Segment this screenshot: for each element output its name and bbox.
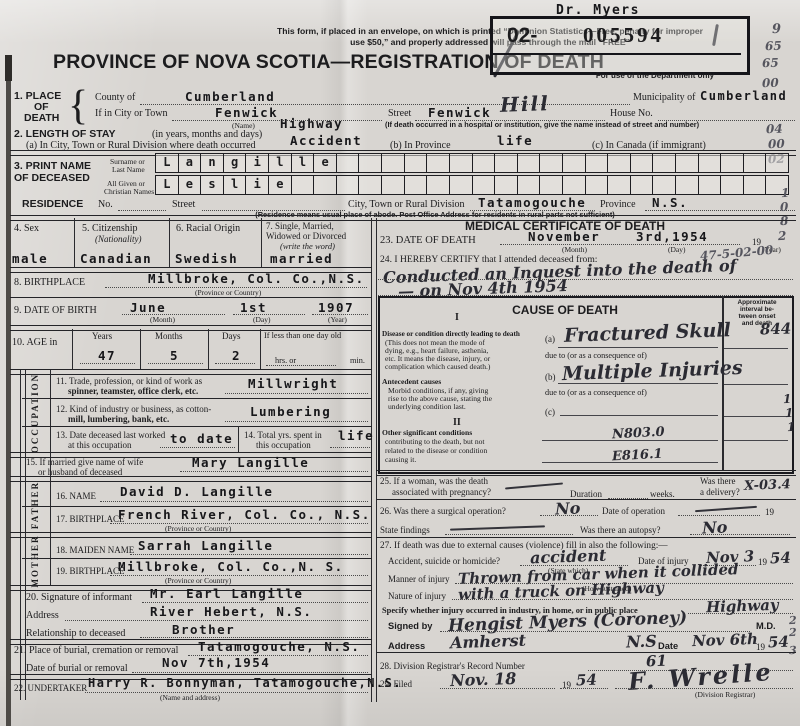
comb-cell [630,176,653,194]
age-line1 [80,362,135,364]
comb-cell: s [200,176,223,194]
surname-label2: Last Name [112,165,145,174]
cause-a-label: (a) [545,334,555,344]
comb-cell: e [178,176,201,194]
total-years-value: life [338,428,374,443]
given-name-label2: Christian Names [104,187,154,196]
citizenship-value: Canadian [80,251,152,266]
age-days-value: 2 [232,348,241,363]
father-birthplace-value: French River, Col. Co., N.S. [118,507,371,522]
cell-divider [74,218,75,268]
delivery-label2: a delivery? [700,487,740,497]
rule-after-s25 [376,499,796,500]
cause-roman-II: II [453,417,461,428]
rule-after-s11 [22,398,372,399]
comb-cell [698,154,721,172]
comb-cell: g [223,154,246,172]
comb-cell: n [200,154,223,172]
department-note: For use of the Department only [560,71,750,80]
autopsy-label: Was there an autopsy? [580,525,661,535]
father-name-value: David D. Langille [120,484,273,499]
s20-line2 [65,619,368,621]
street-hand-value: Hill [500,91,551,117]
s14-label1: 14. Total yrs. spent in [244,430,322,440]
age-hrs-line [266,364,336,366]
marital-value: married [270,251,333,266]
coroner-address-hand: Amherst [450,631,527,653]
comb-cell [517,154,540,172]
s20-line3 [140,636,368,638]
dob-year-sub: (Year) [328,315,347,324]
death-date-day: 3rd,1954 [636,229,708,244]
comb-cell [539,176,562,194]
comb-cell [698,176,721,194]
s17-line [110,522,368,524]
comb-cell [336,176,359,194]
s23-line [500,243,740,245]
spouse-value: Mary Langille [192,455,309,470]
s12-label2: mill, lumbering, bank, etc. [68,414,169,424]
cause-code1-line [542,440,718,441]
serial-number-box: 02- 005594 [490,16,750,75]
house-no-label: House No. [610,108,653,119]
s22-line [85,691,368,693]
s23-day-sub: (Day) [668,245,686,254]
age-line3 [215,362,255,364]
interval-header-1: Approximate [725,299,789,306]
s29-line2 [560,687,608,689]
registrar-sub: (Division Registrar) [695,690,755,699]
comb-cell [358,176,381,194]
birthplace-value: Millbroke, Col. Co.,N.S. [148,271,365,286]
age-line2 [148,362,203,364]
s20-line1 [142,601,368,603]
municipality-value: Cumberland [700,89,787,103]
mother-maiden-value: Sarrah Langille [138,538,273,553]
cause-title: CAUSE OF DEATH [470,303,660,317]
s26-line2 [678,514,760,516]
comb-cell [426,154,449,172]
margin-digit: 0 [780,200,789,214]
comb-cell [675,154,698,172]
comb-cell: a [178,154,201,172]
comb-cell: i [245,154,268,172]
cause-ant-line: underlying condition last. [388,402,466,411]
sex-value: male [12,251,48,266]
cause-other-line: Other significant conditions [382,428,472,437]
s16-line [100,500,368,502]
cell-divider [169,218,170,268]
trade-value: Millwright [248,376,338,391]
sex-label: 4. Sex [14,223,39,234]
rule-after-s12 [22,426,372,427]
cause-margin-code: 844 [760,319,792,338]
comb-cell [517,176,540,194]
mother-birthplace-sub: (Province or Country) [165,576,231,585]
comb-cell: e [313,154,336,172]
form-title: PROVINCE OF NOVA SCOTIA—REGISTRATION OF … [53,51,503,74]
age-years-label: Years [92,331,112,341]
age-divider [208,329,209,369]
coroner-address-label: Address [388,641,425,651]
comb-cell: i [245,176,268,194]
margin-digit: 2 [778,229,787,243]
duration-label: Duration [570,489,602,499]
informant-address-label: Address [26,610,59,621]
s2b-value: life [497,133,533,148]
comb-cell: L [156,176,178,194]
weeks-label: weeks. [650,489,675,499]
undertaker-value: Harry R. Bonnyman, Tatamogouche,N.S. [88,676,402,690]
comb-cell [630,154,653,172]
death-date-label: 23. DATE OF DEATH [380,235,476,246]
comb-cell [358,154,381,172]
comb-cell [607,154,630,172]
comb-cell [404,154,427,172]
last-worked-value: to date [170,431,233,446]
interval-line [724,440,788,441]
s13-label2: at this occupation [68,440,131,450]
comb-cell [765,154,788,172]
hospital-note: (If death occurred in a hospital or inst… [385,120,699,129]
signed-by-label: Signed by [388,621,432,631]
pregnancy-label2: associated with pregnancy? [392,487,491,497]
s11-line [225,392,368,394]
age-label: 10. AGE in [12,337,57,348]
signed-date-hand: Nov 6th [692,630,759,650]
age-less-label: If less than one day old [264,331,341,340]
marital-label1: 7. Single, Married, [266,221,334,231]
cause-a-line [558,347,718,348]
comb-cell [743,176,766,194]
undertaker-sub: (Name and address) [160,693,220,702]
age-min-label: min. [350,356,365,365]
informant-rel-value: Brother [172,622,235,637]
comb-cell [652,154,675,172]
comb-cell [449,176,472,194]
comb-cell [743,154,766,172]
coroner-address-hand2: N.S [626,631,657,651]
rule-after-s10 [10,369,372,375]
residence-label: RESIDENCE [22,198,83,210]
comb-cell [381,176,404,194]
age-years-value: 47 [98,348,116,363]
column-divider [371,218,377,702]
injury-year-hand: 54 [770,549,791,568]
racial-origin-value: Swedish [175,251,238,266]
cause-other-line: contributing to the death, but not [385,437,485,446]
marital-sub: (write the word) [280,241,335,251]
rule-after-s8 [10,297,372,298]
informant-label: 20. Signature of informant [26,592,132,603]
mother-birthplace-value: Millbroke, Col. Co.,N. S. [118,559,344,574]
serial-box-divider [493,53,741,55]
comb-cell: l [268,154,291,172]
cause-text1-line: Disease or condition directly leading to… [382,330,520,338]
residence-province-line [645,209,795,211]
s19-line [110,574,368,576]
comb-cell: l [223,176,246,194]
residence-no-label: No. [98,199,113,210]
cause-due1: due to (or as a consequence of) [545,351,647,360]
burial-place-value: Tatamogouche, N.S. [198,639,360,654]
sidebar-occupation: OCCUPATION [30,363,40,463]
s21-line2 [132,671,368,673]
s14-label2: this occupation [256,440,311,450]
signed-year-pre: 19 [756,642,765,652]
street-value: Fenwick [428,105,491,120]
comb-cell [426,176,449,194]
cause-b-line [558,383,718,384]
md-label: M.D. [756,621,776,631]
s2-label-sub: (in years, months and days) [152,129,262,140]
cell-divider [261,218,262,268]
margin-digit: 65 [762,56,779,71]
comb-cell [562,154,585,172]
comb-cell [494,176,517,194]
death-certificate-form: This form, if placed in an envelope, on … [0,0,800,726]
s26-year-pre: 19 [765,507,774,517]
cause-c-label: (c) [545,407,555,417]
marital-label2: Widowed or Divorced [266,231,346,241]
rule-after-s26 [376,537,796,538]
birthplace-label: 8. BIRTHPLACE [14,277,85,288]
undertaker-label: 22. UNDERTAKER [14,683,87,693]
margin-digit: 1 [781,186,790,200]
comb-cell [472,154,495,172]
county-label: County of [95,92,135,103]
s18-line [130,553,368,555]
age-months-value: 5 [170,348,179,363]
rule-after-s15 [10,476,372,482]
death-date-month: November [528,229,600,244]
comb-cell [585,154,608,172]
manner-label: Manner of injury [388,574,449,584]
s13-s14-divider [238,426,239,452]
pen-dash [505,482,563,489]
pen-dash [450,525,545,530]
age-days-label: Days [222,331,241,341]
age-divider [260,329,261,369]
comb-cell [381,154,404,172]
margin-tick: 1 [787,420,796,434]
cause-ant-line: Antecedent causes [382,377,441,386]
city-town-label: If in City or Town [95,108,167,119]
city-town-value: Fenwick [215,105,278,120]
municipality-label: Municipality of [633,92,696,103]
industry-value: Lumbering [250,404,331,419]
cause-roman-I: I [455,312,459,323]
s15-line [180,470,368,472]
pregnancy-label1: 25. If a woman, was the death [380,476,488,486]
age-divider [72,329,73,369]
s12-line [225,420,368,422]
mother-maiden-label: 18. MAIDEN NAME [56,545,134,555]
findings-label: State findings [380,525,430,535]
residence-no-line [118,209,166,211]
s26-line3 [445,533,573,535]
s23-month-sub: (Month) [562,245,587,254]
delivery-hand: X-03.4 [744,477,791,494]
margin-digit: 2 [789,626,797,639]
comb-cell [449,154,472,172]
margin-digit: 3 [789,644,797,657]
date-label: Date [658,641,678,651]
margin-digit: 65 [765,39,782,54]
residence-division-label: City, Town or Rural Division [348,199,465,210]
comb-cell: l [291,154,314,172]
s14-line [330,446,370,448]
comb-cell [675,176,698,194]
s11-label2: spinner, teamster, office clerk, etc. [68,386,198,396]
citizenship-label: 5. Citizenship [82,223,138,234]
burial-place-label: 21. Place of burial, cremation or remova… [14,645,178,656]
cause-other-line: related to the disease or condition [385,446,487,455]
residence-street-label: Street [172,199,195,210]
comb-cell [585,176,608,194]
s11-label1: 11. Trade, profession, or kind of work a… [56,376,202,386]
cause-due2: due to (or as a consequence of) [545,388,647,397]
comb-cell [720,176,743,194]
operation-label: 26. Was there a surgical operation? [380,506,506,516]
comb-cell: L [156,154,178,172]
s27d-line [688,612,793,614]
comb-cell [404,176,427,194]
interval-line [724,384,788,385]
age-months-label: Months [155,331,183,341]
birthplace-sub: (Province or Country) [195,288,261,297]
dob-month-sub: (Month) [150,315,175,324]
scan-edge-cap [5,55,12,81]
s3-label1: 3. PRINT NAME [14,160,91,172]
comb-cell [652,176,675,194]
comb-cell [472,176,495,194]
s12-label1: 12. Kind of industry or business, as cot… [56,404,211,414]
comb-cell: e [268,176,291,194]
signed-year-hand: 54 [768,633,789,652]
burial-date-label: Date of burial or removal [26,663,128,674]
nature-label: Nature of injury [388,591,446,601]
age-divider [140,329,141,369]
cause-other-line: causing it. [385,455,416,464]
informant-address-value: River Hebert, N.S. [150,604,312,619]
serial-prefix: 02- [507,24,537,48]
delivery-label1: Was there [700,476,736,486]
comb-cell [562,176,585,194]
s2-label: 2. LENGTH OF STAY [14,128,116,140]
accident-label: Accident, suicide or homicide? [388,556,500,566]
cause-c-line [560,415,718,416]
comb-cell [539,154,562,172]
surname-comb-field: Langille [155,153,789,173]
citizenship-sub: (Nationality) [95,234,142,244]
injury-year-pre: 19 [758,557,767,567]
s26-line4 [690,533,790,535]
comb-cell [336,154,359,172]
margin-tick: 1 [783,392,792,406]
s1-brace: { [68,82,88,130]
informant-value: Mr. Earl Langille [150,586,303,601]
given-name-comb-field: Leslie [155,175,789,195]
highway-value: Highway [280,116,343,131]
external-causes-intro: 27. If death was due to external causes … [380,541,668,551]
s2a-value: Accident [290,133,362,148]
s13-label1: 13. Date deceased last worked [56,430,165,440]
residence-province-label: Province [600,199,636,210]
interval-line [724,416,788,417]
dob-label: 9. DATE OF BIRTH [14,305,97,316]
cause-code2-line [542,462,718,463]
rule-after-s27 [376,652,796,653]
serial-number: 005594 [583,23,664,48]
cause-text1-line: complication which caused death.) [385,362,490,371]
burial-date-value: Nov 7th,1954 [162,655,270,670]
s1-label-death: DEATH [24,112,59,124]
margin-digit: 9 [772,22,782,37]
residence-division-value: Tatamogouche [478,195,586,210]
margin-tick: 1 [785,406,794,420]
interval-header-2: interval be- [725,306,789,313]
father-name-label: 16. NAME [56,491,96,501]
s15-label1: 15. If married give name of wife [26,457,143,467]
comb-cell [313,176,336,194]
s29-line1 [440,687,555,689]
s13-line [160,446,235,448]
interval-line [724,348,788,349]
comb-cell [494,154,517,172]
pen-dash [695,506,757,512]
comb-cell [720,154,743,172]
informant-rel-label: Relationship to deceased [26,628,125,639]
s3-label2: OF DECEASED [14,172,90,184]
operation-date-label: Date of operation [602,506,665,516]
s26-line1 [540,514,598,516]
margin-digit: 04 [766,122,783,137]
racial-origin-label: 6. Racial Origin [176,223,240,234]
cause-b-label: (b) [545,372,556,382]
dob-day-sub: (Day) [253,315,271,324]
county-value: Cumberland [185,89,275,104]
s29-line3 [615,687,793,689]
residence-province-value: N.S. [652,195,688,210]
comb-cell [291,176,314,194]
comb-cell [607,176,630,194]
street-label: Street [388,108,411,119]
